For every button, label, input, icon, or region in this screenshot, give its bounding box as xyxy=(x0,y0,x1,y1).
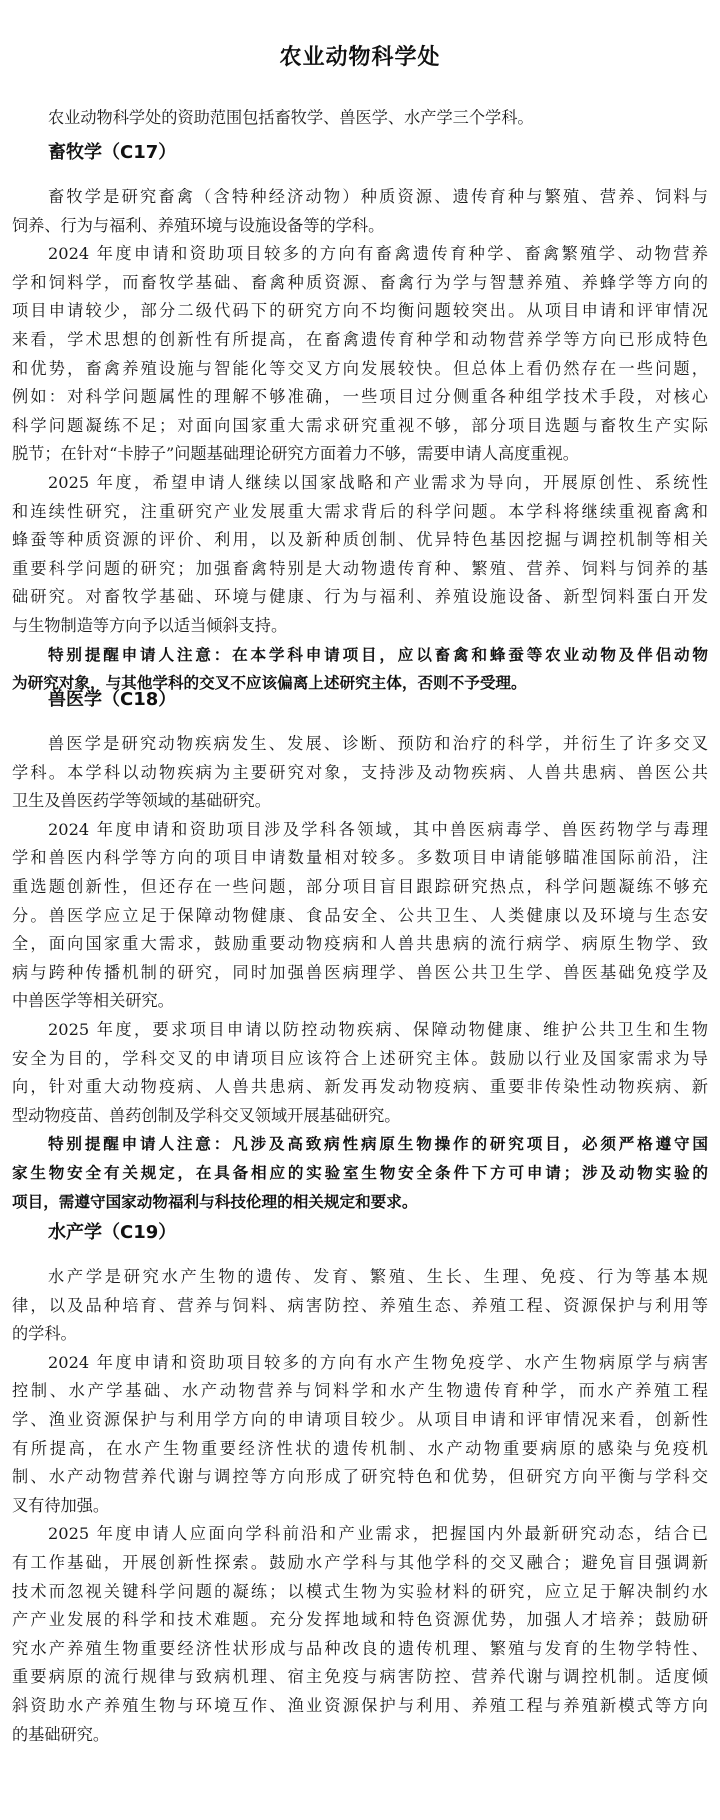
notice-paragraph: 特别提醒申请人注意：凡涉及高致病性病原生物操作的研究项目，必须严格遵守国家生物安… xyxy=(12,1130,708,1216)
text-line: 来看，学术思想的创新性有所提高，在畜禽遗传育种学和动物营养学等方向已形成特色 xyxy=(12,326,708,355)
body-paragraph: 2025 年度申请人应面向学科前沿和产业需求，把握国内外最新研究动态，结合已有工… xyxy=(12,1520,708,1749)
text-line: 与生物制造等方向予以适当倾斜支持。 xyxy=(12,612,708,641)
text-line: 安全为目的，学科交叉的申请项目应该符合上述研究主体。鼓励以行业及国家需求为导 xyxy=(12,1045,708,1074)
text-line: 学和饲料学，而畜牧学基础、畜禽种质资源、畜禽行为学与智慧养殖、养蜂学等方向的 xyxy=(12,269,708,298)
text-line: 重要病原的流行规律与致病机理、宿主免疫与病害防控、营养代谢与调控机制。适度倾 xyxy=(12,1663,708,1692)
text-line: 学科。本学科以动物疾病为主要研究对象，支持涉及动物疾病、人兽共患病、兽医公共 xyxy=(12,759,708,788)
text-line: 分。兽医学应立足于保障动物健康、食品安全、公共卫生、人类健康以及环境与生态安 xyxy=(12,902,708,931)
text-line: 2024 年度申请和资助项目较多的方向有水产生物免疫学、水产生物病原学与病害 xyxy=(12,1349,708,1378)
text-line: 项目申请较少，部分二级代码下的研究方向不均衡问题较突出。从项目申请和评审情况 xyxy=(12,297,708,326)
body-paragraph: 2024 年度申请和资助项目较多的方向有水产生物免疫学、水产生物病原学与病害控制… xyxy=(12,1349,708,1521)
text-line: 脱节；在针对“卡脖子”问题基础理论研究方面着力不够，需要申请人高度重视。 xyxy=(12,440,708,469)
text-line: 的基础研究。 xyxy=(12,1721,708,1750)
text-line: 科学问题凝练不足；对面向国家重大需求研究重视不够，部分项目选题与畜牧生产实际 xyxy=(12,412,708,441)
text-line: 项目，需遵守国家动物福利与科技伦理的相关规定和要求。 xyxy=(12,1188,708,1217)
text-line: 2024 年度申请和资助项目涉及学科各领域，其中兽医病毒学、兽医药物学与毒理 xyxy=(12,816,708,845)
text-line: 叉有待加强。 xyxy=(12,1492,708,1521)
text-line: 控制、水产学基础、水产动物营养与饲料学和水产生物遗传育种学，而水产养殖工程 xyxy=(12,1377,708,1406)
section-body-c17: 畜牧学是研究畜禽（含特种经济动物）种质资源、遗传育种与繁殖、营养、饲料与饲养、行… xyxy=(12,183,708,698)
text-line: 向，针对重大动物疫病、人兽共患病、新发再发动物疫病、重要非传染性动物疾病、新 xyxy=(12,1073,708,1102)
section-body-c18: 兽医学是研究动物疾病发生、发展、诊断、预防和治疗的科学，并衍生了许多交叉学科。本… xyxy=(12,730,708,1216)
section-body-c19: 水产学是研究水产生物的遗传、发育、繁殖、生长、生理、免疫、行为等基本规律，以及品… xyxy=(12,1263,708,1749)
text-line: 重选题创新性，但还存在一些问题，部分项目盲目跟踪研究热点，科学问题凝练不够充 xyxy=(12,873,708,902)
text-line: 2024 年度申请和资助项目较多的方向有畜禽遗传育种学、畜禽繁殖学、动物营养 xyxy=(12,240,708,269)
text-line: 家生物安全有关规定，在具备相应的实验室生物安全条件下方可申请；涉及动物实验的 xyxy=(12,1159,708,1188)
text-line: 有所提高，在水产生物重要经济性状的遗传机制、水产动物重要病原的感染与免疫机 xyxy=(12,1435,708,1464)
text-line: 型动物疫苗、兽药创制及学科交叉领域开展基础研究。 xyxy=(12,1102,708,1131)
text-line: 2025 年度，要求项目申请以防控动物疾病、保障动物健康、维护公共卫生和生物 xyxy=(12,1016,708,1045)
section-heading-c18: 兽医学（C18） xyxy=(48,685,176,711)
text-line: 制、水产动物营养代谢与调控等方向形成了研究特色和优势，但研究方向平衡与学科交 xyxy=(12,1463,708,1492)
body-paragraph: 2024 年度申请和资助项目较多的方向有畜禽遗传育种学、畜禽繁殖学、动物营养学和… xyxy=(12,240,708,469)
body-paragraph: 水产学是研究水产生物的遗传、发育、繁殖、生长、生理、免疫、行为等基本规律，以及品… xyxy=(12,1263,708,1349)
text-line: 兽医学是研究动物疾病发生、发展、诊断、预防和治疗的科学，并衍生了许多交叉 xyxy=(12,730,708,759)
section-heading-c17: 畜牧学（C17） xyxy=(48,138,176,164)
text-line: 蜂蚕等种质资源的评价、利用，以及新种质创制、优异特色基因挖掘与调控机制等相关 xyxy=(12,526,708,555)
body-paragraph: 2025 年度，要求项目申请以防控动物疾病、保障动物健康、维护公共卫生和生物安全… xyxy=(12,1016,708,1130)
text-line: 例如：对科学问题属性的理解不够准确，一些项目过分侧重各种组学技术手段，对核心 xyxy=(12,383,708,412)
text-line: 斜资助水产养殖生物与环境互作、渔业资源保护与利用、养殖工程与养殖新模式等方向 xyxy=(12,1692,708,1721)
text-line: 特别提醒申请人注意：凡涉及高致病性病原生物操作的研究项目，必须严格遵守国 xyxy=(12,1130,708,1159)
text-line: 畜牧学是研究畜禽（含特种经济动物）种质资源、遗传育种与繁殖、营养、饲料与 xyxy=(12,183,708,212)
text-line: 究水产养殖生物重要经济性状形成与品种改良的遗传机理、繁殖与发育的生物学特性、 xyxy=(12,1635,708,1664)
section-heading-c19: 水产学（C19） xyxy=(48,1218,176,1244)
text-line: 中兽医学等相关研究。 xyxy=(12,987,708,1016)
text-line: 产产业发展的科学和技术难题。充分发挥地域和特色资源优势，加强人才培养；鼓励研 xyxy=(12,1606,708,1635)
text-line: 重要科学问题的研究；加强畜禽特别是大动物遗传育种、繁殖、营养、饲料与饲养的基 xyxy=(12,555,708,584)
text-line: 全，面向国家重大需求，鼓励重要动物疫病和人兽共患病的流行病学、病原生物学、致 xyxy=(12,930,708,959)
text-line: 和连续性研究，注重研究产业发展重大需求背后的科学问题。本学科将继续重视畜禽和 xyxy=(12,498,708,527)
text-line: 病与跨种传播机制的研究，同时加强兽医病理学、兽医公共卫生学、兽医基础免疫学及 xyxy=(12,959,708,988)
text-line: 和优势，畜禽养殖设施与智能化等交叉方向发展较快。但总体上看仍然存在一些问题， xyxy=(12,355,708,384)
text-line: 的学科。 xyxy=(12,1320,708,1349)
text-line: 饲养、行为与福利、养殖环境与设施设备等的学科。 xyxy=(12,212,708,241)
text-line: 有工作基础，开展创新性探索。鼓励水产学科与其他学科的交叉融合；避免盲目强调新 xyxy=(12,1549,708,1578)
text-line: 础研究。对畜牧学基础、环境与健康、行为与福利、养殖设施设备、新型饲料蛋白开发 xyxy=(12,583,708,612)
body-paragraph: 2024 年度申请和资助项目涉及学科各领域，其中兽医病毒学、兽医药物学与毒理学和… xyxy=(12,816,708,1016)
text-line: 水产学是研究水产生物的遗传、发育、繁殖、生长、生理、免疫、行为等基本规 xyxy=(12,1263,708,1292)
body-paragraph: 兽医学是研究动物疾病发生、发展、诊断、预防和治疗的科学，并衍生了许多交叉学科。本… xyxy=(12,730,708,816)
text-line: 学、渔业资源保护与利用学方向的申请项目较少。从项目申请和评审情况来看，创新性 xyxy=(12,1406,708,1435)
text-line: 学和兽医内科学等方向的项目申请数量相对较多。多数项目申请能够瞄准国际前沿，注 xyxy=(12,844,708,873)
text-line: 2025 年度申请人应面向学科前沿和产业需求，把握国内外最新研究动态，结合已 xyxy=(12,1520,708,1549)
text-line: 2025 年度，希望申请人继续以国家战略和产业需求为导向，开展原创性、系统性 xyxy=(12,469,708,498)
text-line: 特别提醒申请人注意：在本学科申请项目，应以畜禽和蜂蚕等农业动物及伴侣动物 xyxy=(12,641,708,670)
intro-paragraph: 农业动物科学处的资助范围包括畜牧学、兽医学、水产学三个学科。 xyxy=(48,104,534,128)
body-paragraph: 2025 年度，希望申请人继续以国家战略和产业需求为导向，开展原创性、系统性和连… xyxy=(12,469,708,641)
body-paragraph: 畜牧学是研究畜禽（含特种经济动物）种质资源、遗传育种与繁殖、营养、饲料与饲养、行… xyxy=(12,183,708,240)
text-line: 技术而忽视关键科学问题的凝练；以模式生物为实验材料的研究，应立足于解决制约水 xyxy=(12,1578,708,1607)
text-line: 律，以及品种培育、营养与饲料、病害防控、养殖生态、养殖工程、资源保护与利用等 xyxy=(12,1292,708,1321)
text-line: 卫生及兽医药学等领域的基础研究。 xyxy=(12,787,708,816)
page-title: 农业动物科学处 xyxy=(0,40,720,71)
